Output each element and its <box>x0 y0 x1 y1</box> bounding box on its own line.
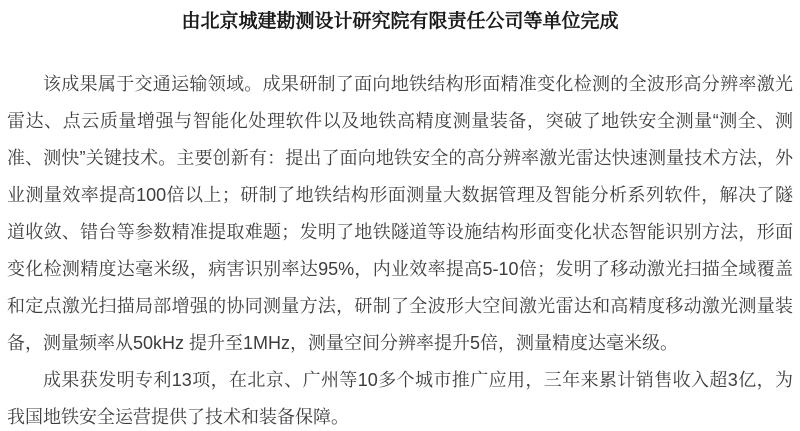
document-page: 由北京城建勘测设计研究院有限责任公司等单位完成 该成果属于交通运输领域。成果研制… <box>0 0 800 431</box>
paragraph-results: 成果获发明专利13项，在北京、广州等10多个城市推广应用，三年来累计销售收入超3… <box>7 362 793 431</box>
document-body: 该成果属于交通运输领域。成果研制了面向地铁结构形面精准变化检测的全波形高分辨率激… <box>7 66 793 431</box>
paragraph-overview: 该成果属于交通运输领域。成果研制了面向地铁结构形面精准变化检测的全波形高分辨率激… <box>7 66 793 362</box>
document-title: 由北京城建勘测设计研究院有限责任公司等单位完成 <box>7 8 793 36</box>
